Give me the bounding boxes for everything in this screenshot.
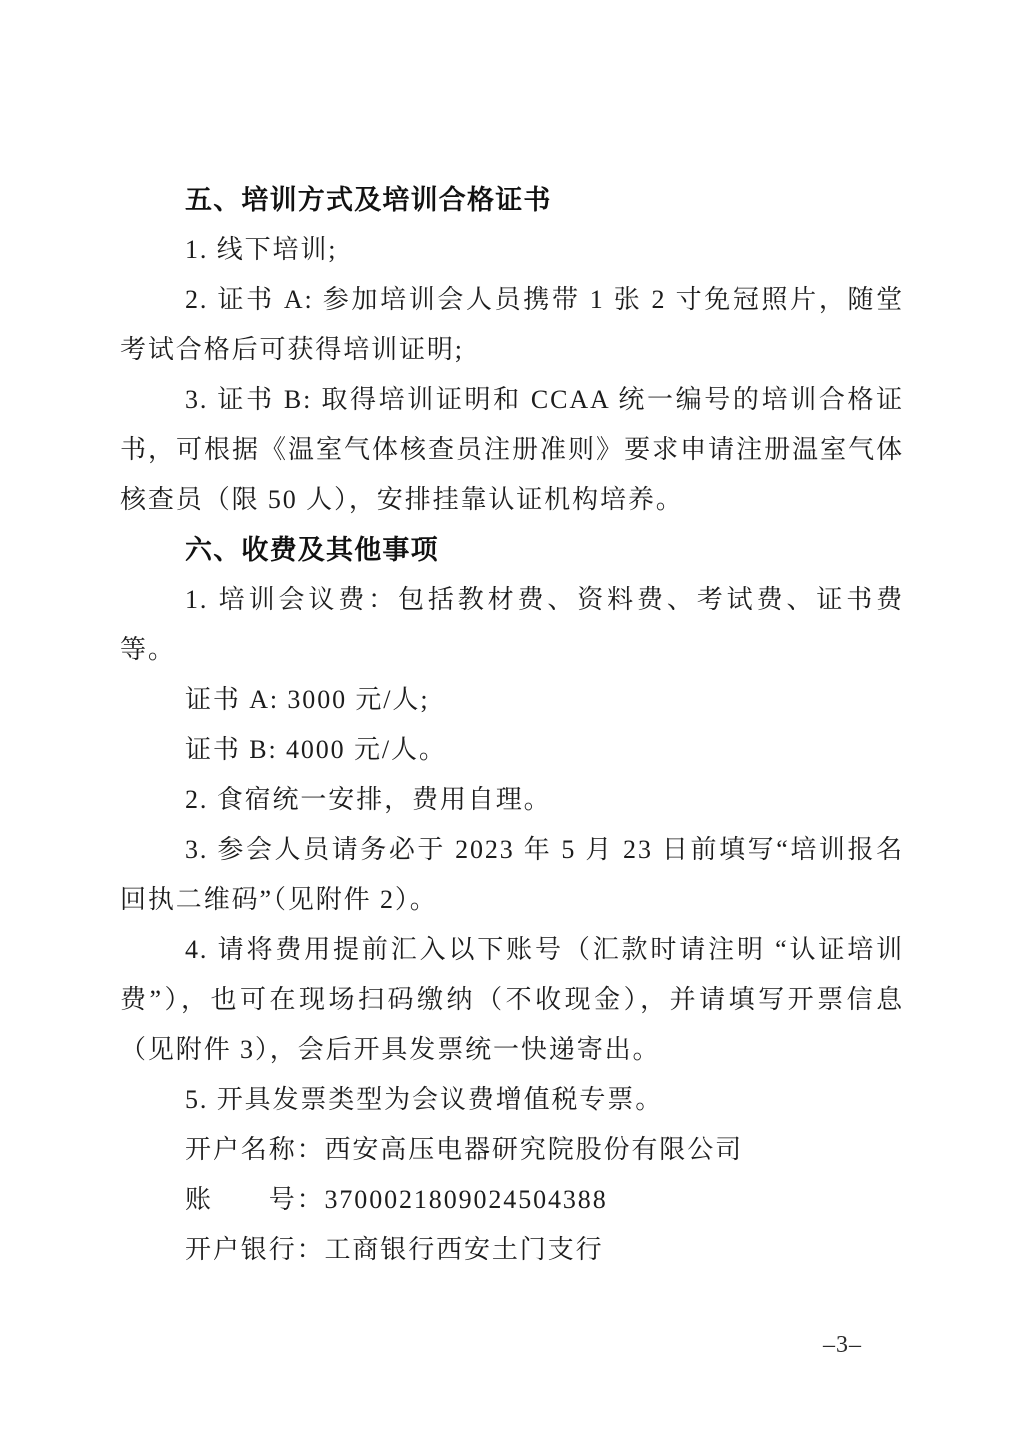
paragraph-account-number: 账 号：3700021809024504388 xyxy=(120,1175,904,1225)
paragraph-accommodation: 2. 食宿统一安排，费用自理。 xyxy=(120,775,904,825)
section-heading-fees: 六、收费及其他事项 xyxy=(120,525,904,575)
paragraph-invoice-type: 5. 开具发票类型为会议费增值税专票。 xyxy=(120,1075,904,1125)
paragraph-fee-overview: 1. 培训会议费：包括教材费、资料费、考试费、证书费等。 xyxy=(120,575,904,675)
document-page: 五、培训方式及培训合格证书 1. 线下培训; 2. 证书 A: 参加培训会人员携… xyxy=(0,0,1024,1448)
paragraph-payment-instructions: 4. 请将费用提前汇入以下账号（汇款时请注明 “认证培训费”），也可在现场扫码缴… xyxy=(120,925,904,1075)
paragraph-account-name: 开户名称：西安高压电器研究院股份有限公司 xyxy=(120,1125,904,1175)
paragraph-price-certificate-a: 证书 A: 3000 元/人; xyxy=(120,675,904,725)
page-number: –3– xyxy=(823,1332,862,1359)
page-content: 五、培训方式及培训合格证书 1. 线下培训; 2. 证书 A: 参加培训会人员携… xyxy=(120,175,904,1275)
paragraph-registration-deadline: 3. 参会人员请务必于 2023 年 5 月 23 日前填写“培训报名回执二维码… xyxy=(120,825,904,925)
section-heading-training-method: 五、培训方式及培训合格证书 xyxy=(120,175,904,225)
paragraph-offline-training: 1. 线下培训; xyxy=(120,225,904,275)
paragraph-certificate-a: 2. 证书 A: 参加培训会人员携带 1 张 2 寸免冠照片，随堂考试合格后可获… xyxy=(120,275,904,375)
paragraph-price-certificate-b: 证书 B: 4000 元/人。 xyxy=(120,725,904,775)
paragraph-certificate-b: 3. 证书 B: 取得培训证明和 CCAA 统一编号的培训合格证书，可根据《温室… xyxy=(120,375,904,525)
paragraph-bank-name: 开户银行：工商银行西安土门支行 xyxy=(120,1225,904,1275)
